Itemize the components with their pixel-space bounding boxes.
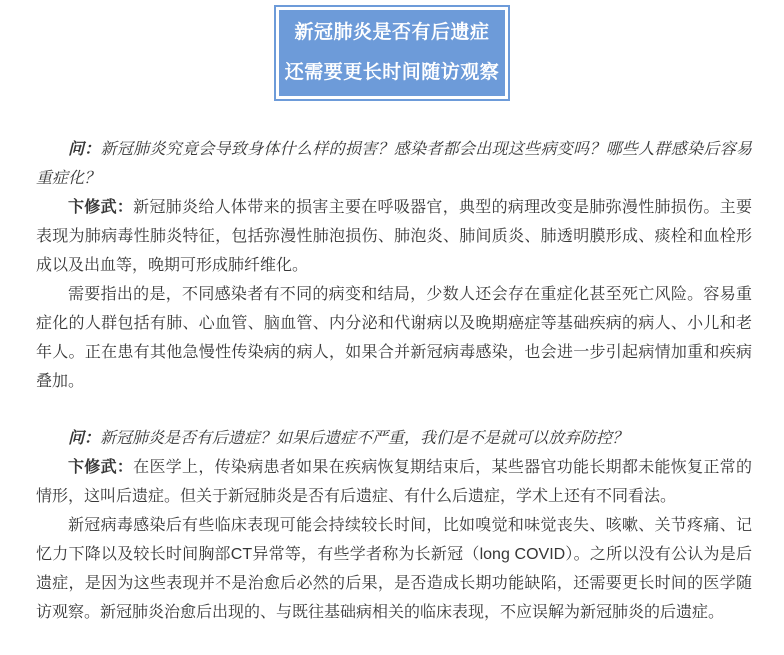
answer-2-paragraph-2-text: 新冠病毒感染后有些临床表现可能会持续较长时间，比如嗅觉和味觉丧失、咳嗽、关节疼痛… [36,517,752,621]
answer-1-paragraph-2: 需要指出的是，不同感染者有不同的病变和结局，少数人还会存在重症化甚至死亡风险。容… [36,280,752,396]
answer-1-paragraph-1-text: 新冠肺炎给人体带来的损害主要在呼吸器官，典型的病理改变是肺弥漫性肺损伤。主要表现… [36,199,752,274]
article-title-line-2: 还需要更长时间随访观察 [279,56,505,89]
answer-2-paragraph-2: 新冠病毒感染后有些临床表现可能会持续较长时间，比如嗅觉和味觉丧失、咳嗽、关节疼痛… [36,511,752,627]
answer-1-paragraph-1: 卞修武：新冠肺炎给人体带来的损害主要在呼吸器官，典型的病理改变是肺弥漫性肺损伤。… [36,193,752,280]
question-2: 问：新冠肺炎是否有后遗症？如果后遗症不严重，我们是不是就可以放弃防控？ [36,424,752,453]
question-1: 问：新冠肺炎究竟会导致身体什么样的损害？感染者都会出现这些病变吗？哪些人群感染后… [36,135,752,193]
article-body: 问：新冠肺炎究竟会导致身体什么样的损害？感染者都会出现这些病变吗？哪些人群感染后… [36,135,752,627]
answer-2-paragraph-1: 卞修武：在医学上，传染病患者如果在疾病恢复期结束后，某些器官功能长期都未能恢复正… [36,453,752,511]
article-title-line-1: 新冠肺炎是否有后遗症 [279,16,505,49]
qa-block-1: 问：新冠肺炎究竟会导致身体什么样的损害？感染者都会出现这些病变吗？哪些人群感染后… [36,135,752,396]
answer-2-speaker-label: 卞修武： [68,459,133,476]
question-1-label: 问： [68,141,101,158]
answer-2-paragraph-1-text: 在医学上，传染病患者如果在疾病恢复期结束后，某些器官功能长期都未能恢复正常的情形… [36,459,752,505]
qa-block-2: 问：新冠肺炎是否有后遗症？如果后遗症不严重，我们是不是就可以放弃防控？ 卞修武：… [36,424,752,627]
answer-1-paragraph-2-text: 需要指出的是，不同感染者有不同的病变和结局，少数人还会存在重症化甚至死亡风险。容… [36,286,752,390]
article-page: 新冠肺炎是否有后遗症 还需要更长时间随访观察 问：新冠肺炎究竟会导致身体什么样的… [0,5,784,655]
title-box: 新冠肺炎是否有后遗症 还需要更长时间随访观察 [274,5,510,101]
question-2-label: 问： [68,430,100,447]
question-1-text: 新冠肺炎究竟会导致身体什么样的损害？感染者都会出现这些病变吗？哪些人群感染后容易… [36,141,752,187]
question-2-text: 新冠肺炎是否有后遗症？如果后遗症不严重，我们是不是就可以放弃防控？ [100,430,628,447]
title-box-inner: 新冠肺炎是否有后遗症 还需要更长时间随访观察 [279,10,505,96]
answer-1-speaker-label: 卞修武： [68,199,133,216]
